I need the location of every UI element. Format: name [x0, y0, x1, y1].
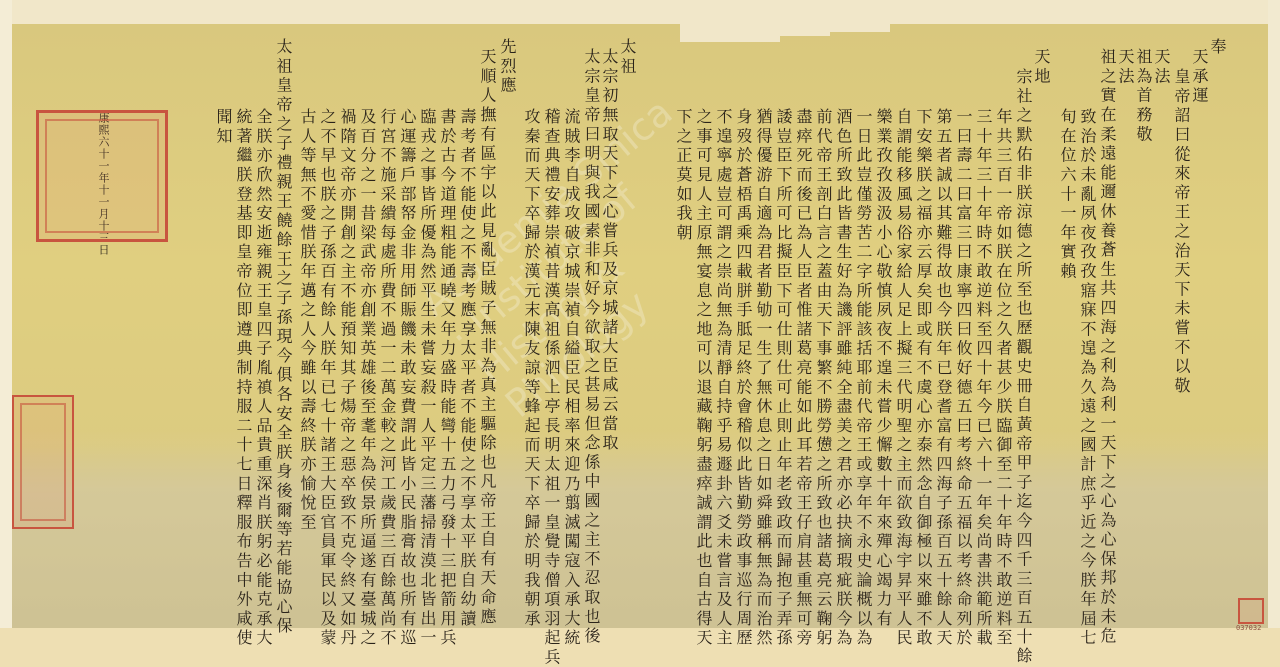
text-column: 祖為首務敬 — [1134, 48, 1152, 145]
text-column: 古人等無不愛惜朕年邁之人今雖以壽終朕亦愉悅至 — [298, 108, 316, 533]
left-edge-seal — [12, 395, 74, 529]
text-column: 宗社之默佑非朕涼德之所至也歷觀史冊自黃帝甲子迄今四千三百五十餘 — [1014, 68, 1032, 666]
text-column: 及百分之一昔梁武帝亦創業英雄後至耄年為侯景所逼遂有臺城之 — [358, 108, 376, 648]
text-column: 前代帝王剖白言之蓋由天下事繁不勝勞憊之所致也諸葛亮云鞠躬 — [814, 108, 832, 648]
text-column: 皇帝詔曰從來帝王之治天下未嘗不以敬 — [1172, 68, 1190, 396]
text-column: 自謂能移風易俗家給人足上擬三代明聖之主而欲致海宇昇平人民 — [894, 108, 912, 648]
text-column: 致治於未亂夙夜孜孜寤寐不遑為久遠之國計庶乎近之今朕年屆七 — [1078, 108, 1096, 648]
text-column: 聞知 — [214, 108, 232, 147]
text-column: 太祖 — [618, 38, 636, 77]
text-column: 行宮不施采繢每處所費不過一二萬金較之河工歲費三百餘萬尚不 — [378, 108, 396, 648]
text-column: 天地 — [1032, 48, 1050, 87]
text-column: 奉 — [1208, 38, 1226, 57]
torn-edge — [760, 24, 830, 36]
text-column: 先烈應 — [498, 38, 516, 96]
text-column: 祖之實在柔遠能邇休養蒼生共四海之利為利一天下之心為心保邦於未危 — [1098, 48, 1116, 646]
text-column: 太祖皇帝之子禮親王饒餘王之子孫現今俱各安全朕身後爾等若能協心保 — [274, 38, 292, 636]
text-column: 下安樂朕之福亦云厚矣即或有不虞心亦泰然念自御極以來雖不敢 — [914, 108, 932, 648]
text-column: 太宗初無取天下之心嘗兵及京城諸大臣咸云當取 — [600, 48, 618, 453]
text-column: 之事可見人主原無宴息之地可以退藏鞠躬盡瘁誠謂此也自古得天 — [694, 108, 712, 648]
text-column: 心運籌戶部帑金非用師賑饑未敢妄費謂此皆小民脂膏故也所有巡 — [398, 108, 416, 648]
text-column: 身歿於蒼梧禹乘四載胼手胝足終於會稽似此皆勤勞政事巡行周歷 — [734, 108, 752, 648]
text-column: 旬在位六十一年實賴 — [1058, 108, 1076, 282]
text-column: 臨戎之事皆所優為然平生未嘗妄殺一人平定三藩掃清漠北皆出一 — [418, 108, 436, 648]
text-column: 壽考者不能使之不壽考應享太平者不能使之不享太平朕自幼讀 — [458, 108, 476, 629]
text-column: 天法 — [1116, 48, 1134, 87]
text-column: 樂業孜孜汲汲小心敬慎夙夜不遑未嘗少懈數十年來殫心竭力有 — [874, 108, 892, 629]
main-imperial-seal — [36, 110, 168, 242]
text-column: 天承運 — [1190, 48, 1208, 106]
text-column: 太宗皇帝曰明與我國素非和好今欲取之甚易但念係中國之主不忍取也後 — [582, 48, 600, 646]
text-column: 禍隋文帝亦開創之主不能預知其子煬帝之惡卒致不克令終又如丹 — [338, 108, 356, 648]
text-column: 猶得優游自適為君者勤劬一生了無休息之日如舜雖稱無為而治然 — [754, 108, 772, 648]
text-column: 流賊李自成攻破京城崇禎自縊臣民相率來迎乃翦滅闖寇入承大統 — [562, 108, 580, 648]
text-column: 一日此豈僅勞苦二字所能該括耶前代帝王或享年不永史論概以為 — [854, 108, 872, 648]
mount-right-border — [1268, 0, 1280, 667]
text-column: 書於古今道理粗能通曉又年力盛時能彎十五力弓發十三把箭用兵 — [438, 108, 456, 648]
collection-seal — [1238, 598, 1264, 624]
text-column: 酒色所致此皆書生好為譏評雖純全盡美之君亦必抉摘瑕疵朕今為 — [834, 108, 852, 648]
text-column: 攻秦而天下卒歸於漢元末陳友諒等蜂起而天下卒歸於明我朝承 — [522, 108, 540, 629]
text-column: 不遑寧處豈可謂之崇尚無為清靜自持乎易遯卦六爻未嘗言及人主 — [714, 108, 732, 648]
text-column: 諉豈臣下所可比擬臣下可仕則仕可止則止年老致政而歸抱子弄孫 — [774, 108, 792, 648]
text-column: 第五者誠以其難得故也今朕年已登耆富有四海子孫百五十餘人天 — [934, 108, 952, 648]
text-column: 之不早也朕之子孫百有餘人朕年已七十諸王大臣官員軍民以及蒙 — [318, 108, 336, 648]
text-column: 年共三百一帝如朕在位之久者甚少朕臨御至二十年時不敢逆料至 — [994, 108, 1012, 648]
mount-top-border — [0, 0, 1280, 24]
catalog-number: 037032 — [1236, 624, 1261, 632]
text-column: 盡瘁死而後已為人臣者惟諸葛亮能如此耳若帝王仔肩甚重無可旁 — [794, 108, 812, 648]
text-column: 天順人撫有區宇以此見亂臣賊子無非為真主驅除也凡帝王自有天命應 — [478, 48, 496, 627]
text-column: 一曰壽二曰富三曰康寧四曰攸好德五曰考終命五福以考終命列於 — [954, 108, 972, 648]
mount-left-border — [0, 0, 12, 667]
text-column: 下之正莫如我朝 — [674, 108, 692, 243]
text-column: 稽查典禮安葬崇禎昔漢高祖係泗上亭長明太祖一皇覺寺僧項羽起兵 — [542, 108, 560, 667]
text-column: 三十年三十年時不敢逆料至四十年今已六十一年矣尚書洪範所載 — [974, 108, 992, 648]
text-column: 全朕亦欣然安逝雍親王皇四子胤禛人品貴重深肖朕躬必能克承大 — [254, 108, 272, 648]
text-column: 天法 — [1152, 48, 1170, 87]
torn-edge — [830, 24, 890, 32]
text-column: 統著繼朕登基即皇帝位即遵典制持服二十七日釋服布告中外咸使 — [234, 108, 252, 648]
